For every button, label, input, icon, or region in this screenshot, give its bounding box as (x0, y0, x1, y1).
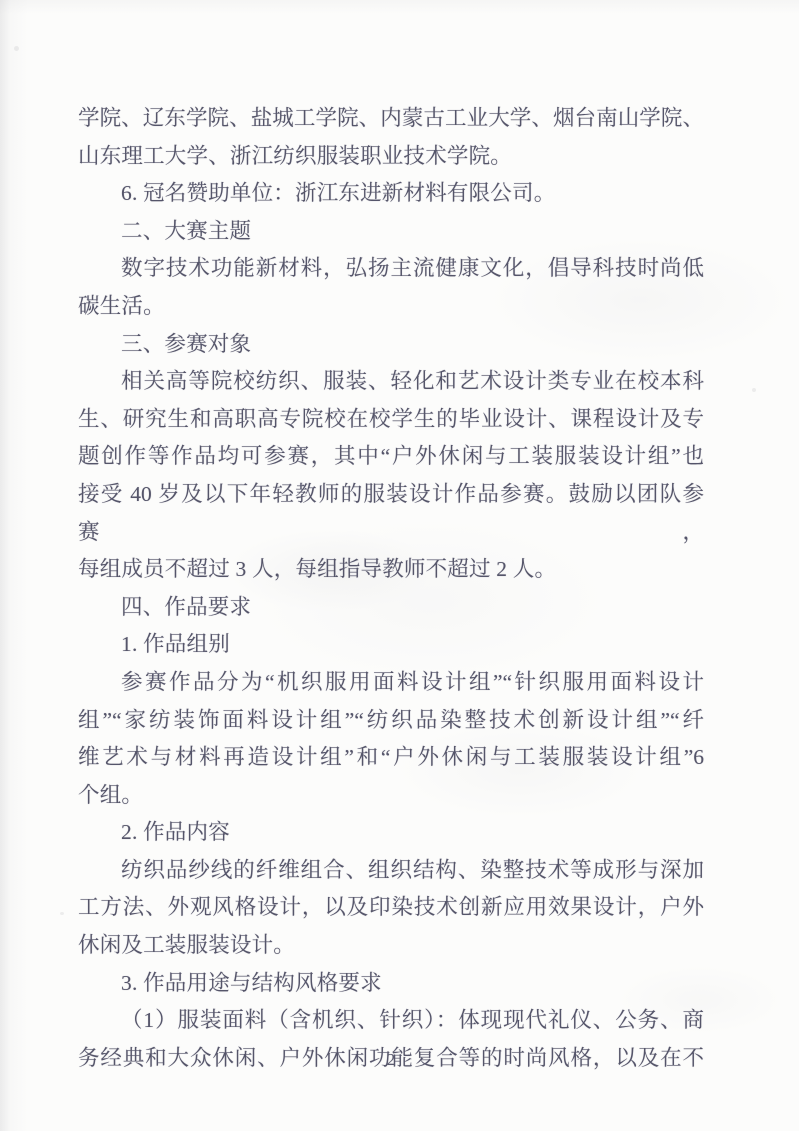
text-line: 碳生活。 (78, 288, 704, 326)
text-line: 山东理工大学、浙江纺织服装职业技术学院。 (78, 138, 704, 176)
text-line: 三、参赛对象 (78, 326, 704, 364)
text-line: 参赛作品分为“机织服用面料设计组”“针织服用面料设计 (78, 664, 704, 702)
text-line: （1）服装面料（含机织、针织）：体现现代礼仪、公务、商 (78, 1002, 704, 1040)
document-lines: 学院、辽东学院、盐城工学院、内蒙古工业大学、烟台南山学院、山东理工大学、浙江纺织… (78, 100, 704, 1077)
text-line: 休闲及工装服装设计。 (78, 927, 704, 965)
scan-speck (60, 912, 64, 915)
text-line: 四、作品要求 (78, 589, 704, 627)
text-line: 纺织品纱线的纤维组合、组织结构、染整技术等成形与深加 (78, 852, 704, 890)
text-line: 个组。 (78, 777, 704, 815)
scan-speck (14, 46, 19, 51)
text-line: 二、大赛主题 (78, 213, 704, 251)
text-line: 每组成员不超过 3 人，每组指导教师不超过 2 人。 (78, 551, 704, 589)
page-number: 2 (78, 1048, 704, 1072)
text-line: 题创作等作品均可参赛，其中“户外休闲与工装服装设计组”也 (78, 438, 704, 476)
text-line: 数字技术功能新材料，弘扬主流健康文化，倡导科技时尚低 (78, 250, 704, 288)
text-line: 2. 作品内容 (78, 814, 704, 852)
text-line: 生、研究生和高职高专院校在校学生的毕业设计、课程设计及专 (78, 401, 704, 439)
scanned-document-page: 学院、辽东学院、盐城工学院、内蒙古工业大学、烟台南山学院、山东理工大学、浙江纺织… (0, 0, 799, 1131)
text-line: 组”“家纺装饰面料设计组”“纺织品染整技术创新设计组”“纤 (78, 702, 704, 740)
text-line: 维艺术与材料再造设计组”和“户外休闲与工装服装设计组”6 (78, 739, 704, 777)
text-line: 3. 作品用途与结构风格要求 (78, 965, 704, 1003)
text-line: 接受 40 岁及以下年轻教师的服装设计作品参赛。鼓励以团队参赛， (78, 476, 704, 551)
text-line: 6. 冠名赞助单位：浙江东进新材料有限公司。 (78, 175, 704, 213)
text-line: 工方法、外观风格设计，以及印染技术创新应用效果设计，户外 (78, 889, 704, 927)
text-line: 学院、辽东学院、盐城工学院、内蒙古工业大学、烟台南山学院、 (78, 100, 704, 138)
scan-speck (752, 388, 756, 392)
text-line: 1. 作品组别 (78, 626, 704, 664)
text-line: 相关高等院校纺织、服装、轻化和艺术设计类专业在校本科 (78, 363, 704, 401)
